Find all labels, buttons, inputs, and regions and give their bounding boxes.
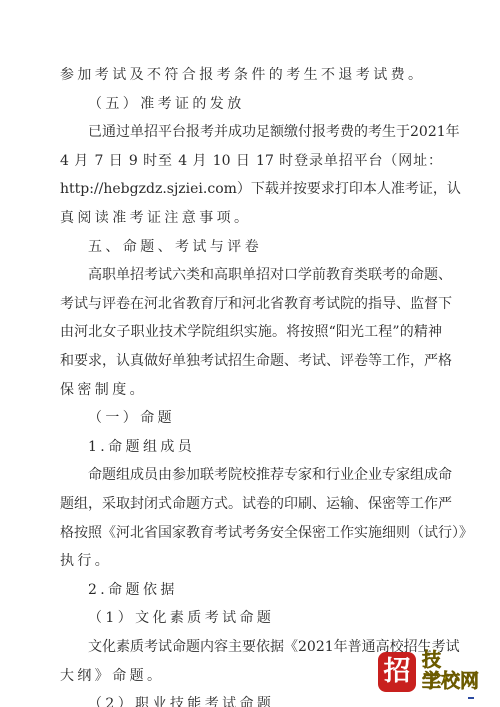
- text-line: 考试与评卷在河北省教育厅和河北省教育考试院的指导、监督下: [60, 294, 442, 314]
- document-page: 参加考试及不符合报考条件的考生不退考试费。（五）准考证的发放已通过单招平台报考并…: [0, 0, 500, 707]
- text-line: 高职单招考试六类和高职单招对口学前教育类联考的命题、: [88, 265, 442, 285]
- text-line: 4 月 7 日 9 时至 4 月 10 日 17 时登录单招平台（网址：: [60, 151, 442, 171]
- text-line: 保密制度。: [60, 380, 442, 400]
- text-line: 真阅读准考证注意事项。: [60, 208, 442, 228]
- text-line: 由河北女子职业技术学院组织实施。将按照“阳光工程”的精神: [60, 322, 442, 342]
- text-line: 题组，采取封闭式命题方式。试卷的印刷、运输、保密等工作严: [60, 494, 442, 514]
- text-line: （一）命题: [88, 408, 442, 428]
- text-line: 命题组成员由参加联考院校推荐专家和行业企业专家组成命: [88, 465, 442, 485]
- text-line: 和要求，认真做好单独考试招生命题、考试、评卷等工作，严格: [60, 351, 442, 371]
- text-line: http://hebgzdz.sjziei.com）下载并按要求打印本人准考证，…: [60, 179, 442, 199]
- text-line: 执行。: [60, 551, 442, 571]
- text-line: 格按照《河北省国家教育考试考务安全保密工作实施细则（试行）》: [60, 523, 442, 543]
- text-line: 已通过单招平台报考并成功足额缴付报考费的考生于2021年: [88, 122, 442, 142]
- logo-underline: [468, 697, 474, 699]
- text-line: 五、命题、考试与评卷: [88, 237, 442, 257]
- watermark-logo: 招 技工 学校网: [378, 650, 496, 700]
- logo-text-line2: 学校网: [422, 671, 479, 692]
- text-line: 2.命题依据: [88, 580, 442, 600]
- text-line: （1）文化素质考试命题: [88, 608, 442, 628]
- logo-badge-icon: 招: [378, 652, 416, 692]
- text-line: 参加考试及不符合报考条件的考生不退考试费。: [60, 65, 442, 85]
- text-line: （五）准考证的发放: [88, 94, 442, 114]
- page-number: 7: [247, 645, 253, 655]
- text-line: 1.命题组成员: [88, 437, 442, 457]
